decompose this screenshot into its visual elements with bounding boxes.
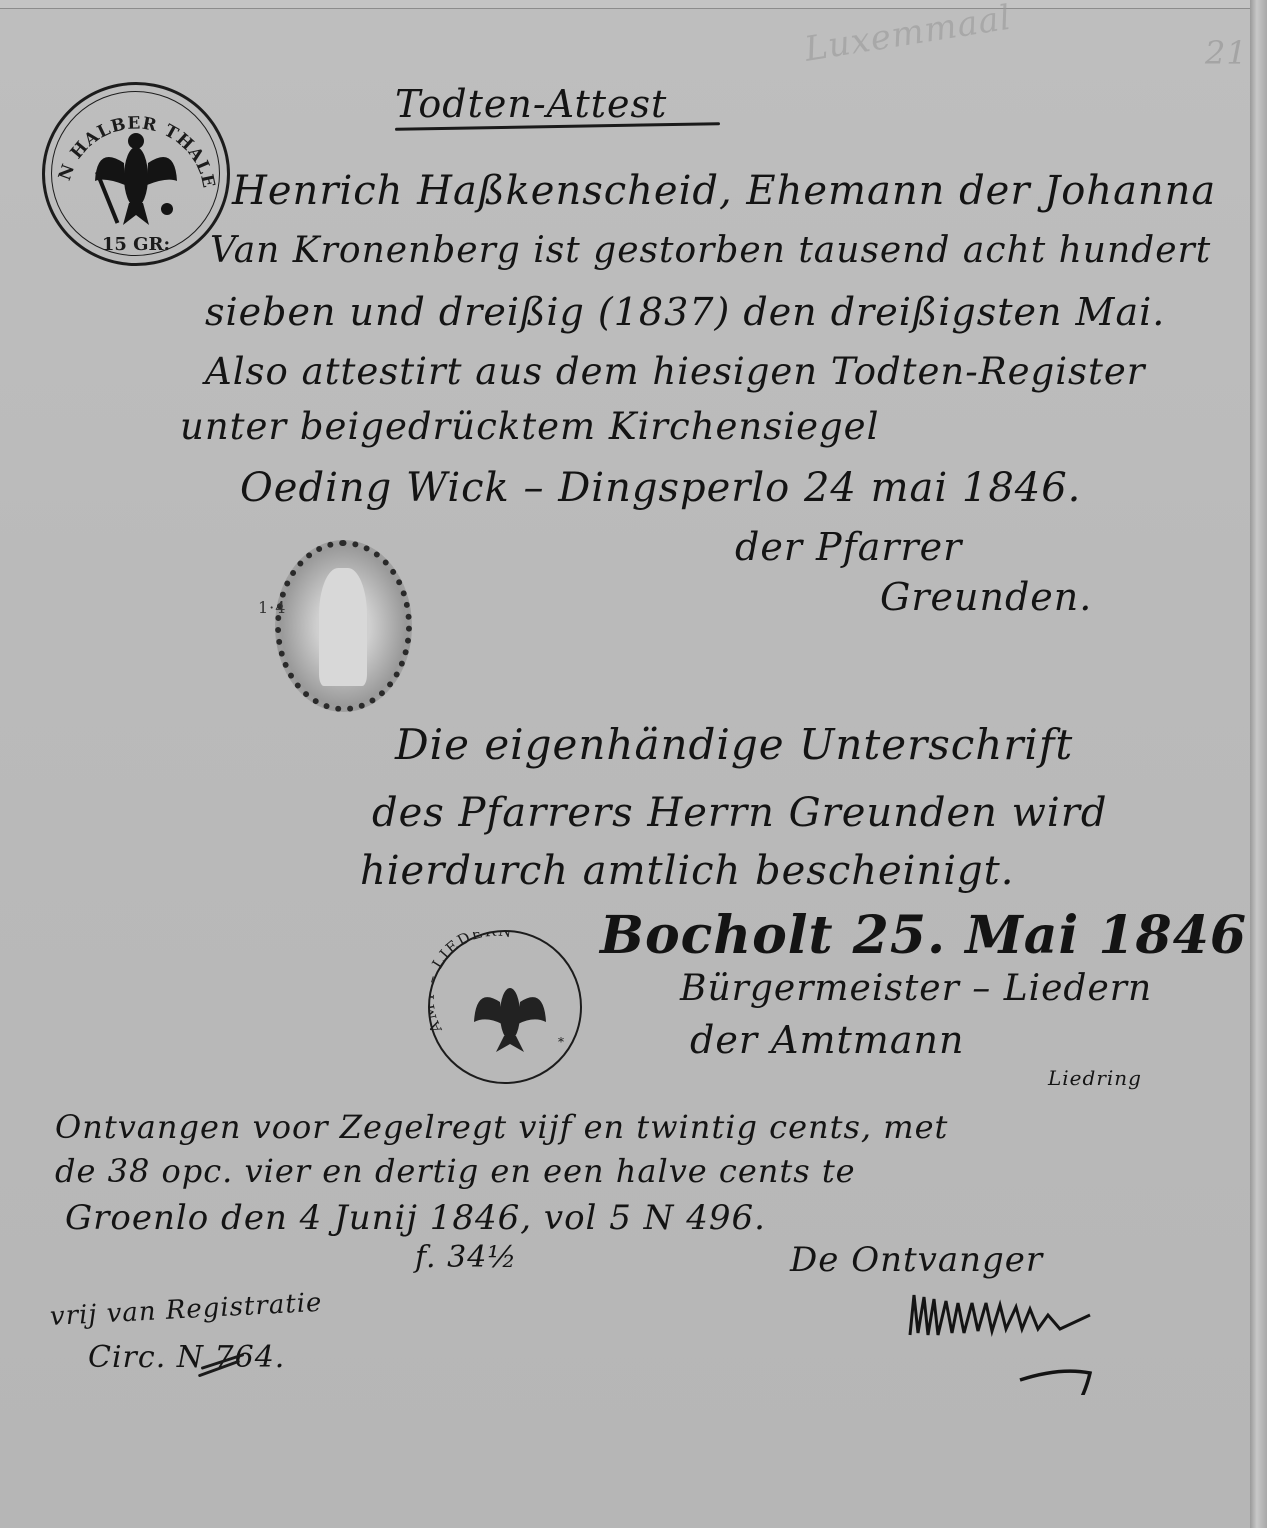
church-seal-text: 1·4 <box>258 598 286 617</box>
document-page: Luxemmaal 21 EIN HALBER THALER 15 GR: T <box>0 0 1250 1528</box>
confirmation-line-3: hierdurch amtlich bescheinigt. <box>360 848 1014 894</box>
office-stamp-mark: * <box>558 1035 564 1049</box>
body-line-2: Van Kronenberg ist gestorben tausend ach… <box>210 230 1211 271</box>
confirmation-line-1: Die eigenhändige Unterschrift <box>395 720 1073 769</box>
receiver-title: De Ontvanger <box>790 1240 1043 1280</box>
confirmation-line-2: des Pfarrers Herrn Greunden wird <box>372 790 1107 836</box>
receiver-signature-scribble <box>900 1285 1140 1395</box>
figure-icon <box>319 568 367 686</box>
eagle-icon <box>95 133 177 225</box>
place-date-line: Oeding Wick – Dingsperlo 24 mai 1846. <box>240 465 1081 511</box>
amount: f. 34½ <box>415 1240 517 1275</box>
body-line-4: Also attestirt aus dem hiesigen Todten-R… <box>205 350 1145 393</box>
revenue-stamp-value: 15 GR: <box>102 234 170 255</box>
pastor-signature-line-1: der Pfarrer <box>735 525 962 569</box>
official-line-3: Liedring <box>1048 1066 1142 1090</box>
dutch-note-line-2: de 38 opc. vier en dertig en een halve c… <box>55 1152 856 1190</box>
body-line-5: unter beigedrücktem Kirchensiegel <box>180 405 879 448</box>
body-line-3: sieben und dreißig (1837) den dreißigste… <box>205 290 1165 334</box>
dutch-note-line-3: Groenlo den 4 Junij 1846, vol 5 N 496. <box>65 1198 766 1238</box>
pencil-note: Luxemmaal <box>802 0 1014 70</box>
margin-note-line-1: vrij van Registratie <box>49 1288 323 1332</box>
scan-top-edge <box>0 0 1267 9</box>
body-line-1: Henrich Haßkenscheid, Ehemann der Johann… <box>232 168 1216 214</box>
revenue-stamp: EIN HALBER THALER 15 GR: <box>42 82 230 266</box>
page-number: 21 <box>1205 34 1248 72</box>
confirmation-date: Bocholt 25. Mai 1846. <box>600 905 1266 966</box>
office-stamp: AMT – LIEDERN * <box>428 930 582 1084</box>
official-line-1: Bürgermeister – Liedern <box>680 968 1152 1009</box>
document-title: Todten-Attest <box>395 82 667 126</box>
pastor-signature-line-2: Greunden. <box>880 575 1092 619</box>
scan-right-edge <box>1250 0 1267 1528</box>
dutch-note-line-1: Ontvangen voor Zegelregt vijf en twintig… <box>55 1108 948 1146</box>
eagle-icon <box>474 988 546 1052</box>
church-seal <box>275 540 412 712</box>
official-line-2: der Amtmann <box>690 1018 964 1062</box>
margin-note-line-2: Circ. N 764. <box>88 1340 285 1375</box>
